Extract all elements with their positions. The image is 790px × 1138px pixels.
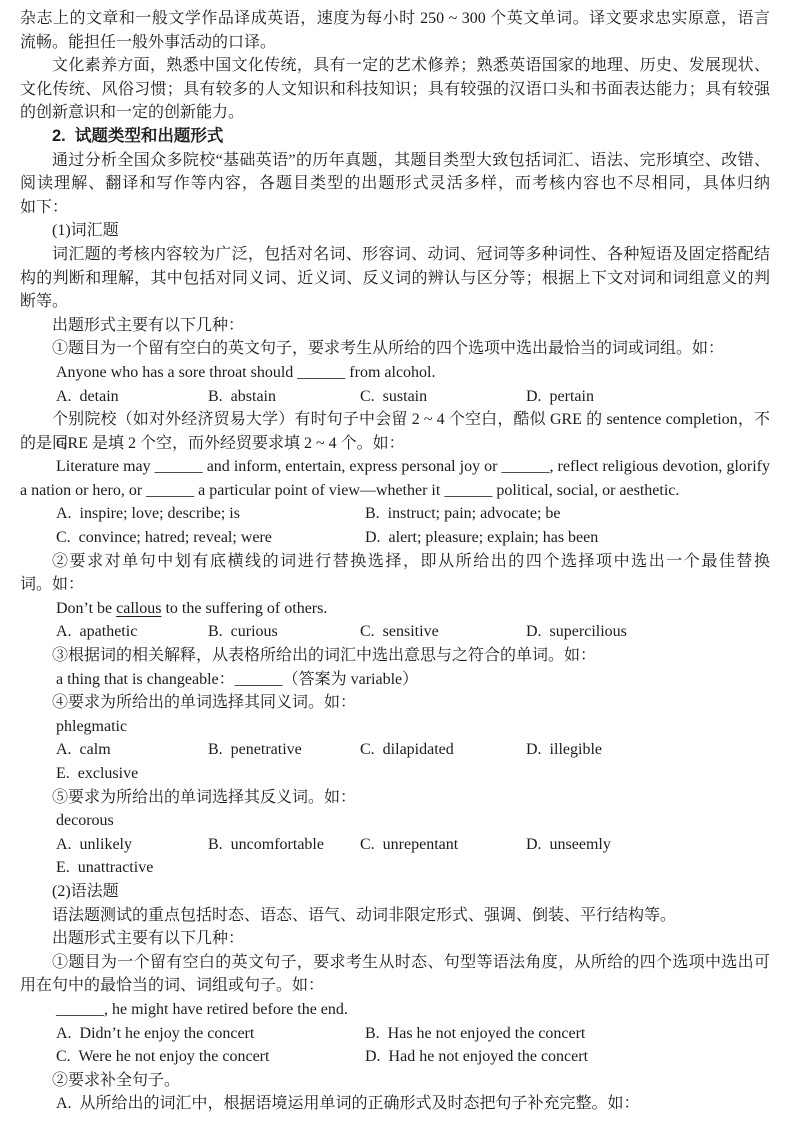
text-line: 用在句中的最恰当的词、词组或句子。如： bbox=[20, 974, 770, 998]
text-line: 通过分析全国众多院校“基础英语”的历年真题，其题目类型大致包括词汇、语法、完形填… bbox=[20, 149, 770, 173]
option-item: A. detain bbox=[56, 385, 119, 409]
options-row: C. Were he not enjoy the concert D. Had … bbox=[20, 1045, 770, 1069]
option-item: E. unattractive bbox=[56, 856, 153, 880]
option-item: C. convince; hatred; reveal; were bbox=[56, 526, 272, 550]
text-line: 语法题测试的重点包括时态、语态、语气、动词非限定形式、强调、倒装、平行结构等。 bbox=[20, 904, 770, 928]
options-row: A. inspire; love; describe; is B. instru… bbox=[20, 502, 770, 526]
options-row: A. Didn’t he enjoy the concert B. Has he… bbox=[20, 1022, 770, 1046]
options-row: A. detain B. abstain C. sustain D. perta… bbox=[20, 385, 770, 409]
section-heading: 2. 试题类型和出题形式 bbox=[20, 125, 770, 149]
option-item: C. sensitive bbox=[360, 620, 439, 644]
text-line: 流畅。能担任一般外事活动的口译。 bbox=[20, 31, 770, 55]
options-row: E. exclusive bbox=[20, 762, 770, 786]
option-item: D. unseemly bbox=[526, 833, 611, 857]
text-line: 出题形式主要有以下几种： bbox=[20, 927, 770, 951]
option-item: A. calm bbox=[56, 738, 111, 762]
list-item: ②要求对单句中划有底横线的词进行替换选择，即从所给出的四个选择项中选出一个最佳替… bbox=[20, 550, 770, 574]
example-sentence: ______, he might have retired before the… bbox=[20, 998, 770, 1022]
list-item: ④要求为所给出的单词选择其同义词。如： bbox=[20, 691, 770, 715]
list-item: ①题目为一个留有空白的英文句子，要求考生从所给的四个选项中选出最恰当的词或词组。… bbox=[20, 337, 770, 361]
option-item: D. alert; pleasure; explain; has been bbox=[365, 526, 598, 550]
options-row: A. calm B. penetrative C. dilapidated D.… bbox=[20, 738, 770, 762]
option-item: A. inspire; love; describe; is bbox=[56, 502, 240, 526]
option-item: C. Were he not enjoy the concert bbox=[56, 1045, 269, 1069]
example-sentence: a nation or hero, or ______ a particular… bbox=[20, 479, 770, 503]
text-line: 文化素养方面，熟悉中国文化传统，具有一定的艺术修养；熟悉英语国家的地理、历史、发… bbox=[20, 54, 770, 78]
document-page: 杂志上的文章和一般文学作品译成英语，速度为每小时 250 ~ 300 个英文单词… bbox=[0, 0, 790, 1138]
example-sentence: Anyone who has a sore throat should ____… bbox=[20, 361, 770, 385]
text-line: 如下： bbox=[20, 196, 770, 220]
text-line: 个别院校（如对外经济贸易大学）有时句子中会留 2 ~ 4 个空白，酷似 GRE … bbox=[20, 408, 770, 432]
list-item: ③根据词的相关解释，从表格所给出的词汇中选出意思与之符合的单词。如： bbox=[20, 644, 770, 668]
option-item: D. Had he not enjoyed the concert bbox=[365, 1045, 588, 1069]
option-item: B. uncomfortable bbox=[208, 833, 324, 857]
option-item: A. Didn’t he enjoy the concert bbox=[56, 1022, 254, 1046]
subsection-heading: (1)词汇题 bbox=[20, 219, 770, 243]
list-item: ⑤要求为所给出的单词选择其反义词。如： bbox=[20, 786, 770, 810]
option-item: B. Has he not enjoyed the concert bbox=[365, 1022, 585, 1046]
options-row: C. convince; hatred; reveal; were D. ale… bbox=[20, 526, 770, 550]
option-item: D. illegible bbox=[526, 738, 602, 762]
text-line: 的创新意识和一定的创新能力。 bbox=[20, 101, 770, 125]
option-item: C. unrepentant bbox=[360, 833, 458, 857]
text-line: 阅读理解、翻译和写作等内容，各题目类型的出题形式灵活多样，而考核内容也不尽相同，… bbox=[20, 172, 770, 196]
example-sentence: Don’t be callous to the suffering of oth… bbox=[20, 597, 770, 621]
example-word: decorous bbox=[20, 809, 770, 833]
option-item: C. sustain bbox=[360, 385, 427, 409]
list-item: ①题目为一个留有空白的英文句子，要求考生从时态、句型等语法角度，从所给的四个选项… bbox=[20, 951, 770, 975]
option-item: E. exclusive bbox=[56, 762, 138, 786]
option-item: B. curious bbox=[208, 620, 278, 644]
options-row: A. unlikely B. uncomfortable C. unrepent… bbox=[20, 833, 770, 857]
option-item: A. unlikely bbox=[56, 833, 132, 857]
list-item: A. 从所给出的词汇中，根据语境运用单词的正确形式及时态把句子补充完整。如： bbox=[20, 1092, 770, 1116]
underlined-word: callous bbox=[116, 600, 161, 617]
text-line: 词。如： bbox=[20, 573, 770, 597]
text-line: 出题形式主要有以下几种： bbox=[20, 314, 770, 338]
example-word: phlegmatic bbox=[20, 715, 770, 739]
option-item: B. instruct; pain; advocate; be bbox=[365, 502, 561, 526]
options-row: E. unattractive bbox=[20, 856, 770, 880]
text-line: 杂志上的文章和一般文学作品译成英语，速度为每小时 250 ~ 300 个英文单词… bbox=[20, 7, 770, 31]
text-segment: to the suffering of others. bbox=[161, 600, 327, 617]
list-item: ②要求补全句子。 bbox=[20, 1069, 770, 1093]
option-item: C. dilapidated bbox=[360, 738, 454, 762]
text-line: 的是 GRE 是填 2 个空，而外经贸要求填 2 ~ 4 个。如： bbox=[20, 432, 770, 456]
subsection-heading: (2)语法题 bbox=[20, 880, 770, 904]
option-item: D. pertain bbox=[526, 385, 594, 409]
text-line: 文化传统、风俗习惯；具有较多的人文知识和科技知识；具有较强的汉语口头和书面表达能… bbox=[20, 78, 770, 102]
option-item: B. abstain bbox=[208, 385, 276, 409]
text-segment: Don’t be bbox=[56, 600, 116, 617]
example-sentence: Literature may ______ and inform, entert… bbox=[20, 455, 770, 479]
example-sentence: a thing that is changeable：______（答案为 va… bbox=[20, 668, 770, 692]
text-line: 构的判断和理解，其中包括对同义词、近义词、反义词的辨认与区分等；根据上下文对词和… bbox=[20, 267, 770, 291]
options-row: A. apathetic B. curious C. sensitive D. … bbox=[20, 620, 770, 644]
text-line: 词汇题的考核内容较为广泛，包括对名词、形容词、动词、冠词等多种词性、各种短语及固… bbox=[20, 243, 770, 267]
option-item: A. apathetic bbox=[56, 620, 137, 644]
text-line: 断等。 bbox=[20, 290, 770, 314]
option-item: D. supercilious bbox=[526, 620, 627, 644]
option-item: B. penetrative bbox=[208, 738, 302, 762]
